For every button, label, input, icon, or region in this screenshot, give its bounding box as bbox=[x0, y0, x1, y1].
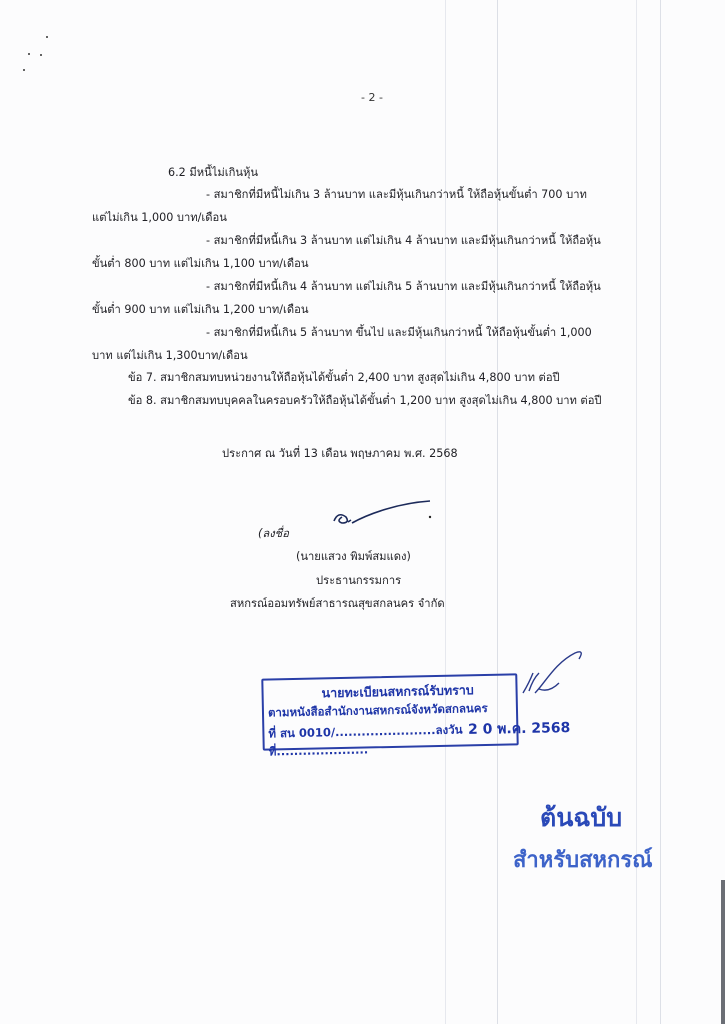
for-cooperative-mark: สำหรับสหกรณ์ bbox=[513, 842, 653, 877]
rule-item-1-cont: แต่ไม่เกิน 1,000 บาท/เดือน bbox=[92, 208, 227, 226]
signatory-position: ประธานกรรมการ bbox=[316, 571, 401, 589]
announcement-date: ประกาศ ณ วันที่ 13 เดือน พฤษภาคม พ.ศ. 25… bbox=[222, 444, 458, 462]
rule-item-4: - สมาชิกที่มีหนี้เกิน 5 ล้านบาท ขึ้นไป แ… bbox=[206, 323, 592, 341]
registrar-signature bbox=[515, 643, 590, 703]
scan-edge-shadow bbox=[721, 880, 725, 1024]
rule-item-4-cont: บาท แต่ไม่เกิน 1,300บาท/เดือน bbox=[92, 346, 248, 364]
scan-fold-line bbox=[445, 0, 446, 1024]
page-number: - 2 - bbox=[361, 91, 383, 104]
signatory-name: (นายแสวง พิมพ์สมแดง) bbox=[296, 547, 411, 565]
scan-speck bbox=[28, 53, 30, 55]
original-copy-mark: ต้นฉบับ bbox=[540, 798, 622, 838]
rule-item-2-cont: ขั้นต่ำ 800 บาท แต่ไม่เกิน 1,100 บาท/เดื… bbox=[92, 254, 308, 272]
stamp-date: 2 0 พ.ค. 2568 bbox=[468, 717, 571, 741]
scan-fold-line bbox=[660, 0, 661, 1024]
scan-fold-line bbox=[497, 0, 498, 1024]
rule-item-1: - สมาชิกที่มีหนี้ไม่เกิน 3 ล้านบาท และมี… bbox=[206, 185, 587, 203]
scan-speck bbox=[46, 36, 48, 38]
clause-8: ข้อ 8. สมาชิกสมทบบุคคลในครอบครัวให้ถือหุ… bbox=[128, 391, 602, 409]
rule-item-3-cont: ขั้นต่ำ 900 บาท แต่ไม่เกิน 1,200 บาท/เดื… bbox=[92, 300, 308, 318]
section-heading: 6.2 มีหนี้ไม่เกินหุ้น bbox=[168, 163, 258, 181]
organization-name: สหกรณ์ออมทรัพย์สาธารณสุขสกลนคร จำกัด bbox=[230, 594, 445, 612]
rule-item-3: - สมาชิกที่มีหนี้เกิน 4 ล้านบาท แต่ไม่เก… bbox=[206, 277, 601, 295]
rule-item-2: - สมาชิกที่มีหนี้เกิน 3 ล้านบาท แต่ไม่เก… bbox=[206, 231, 601, 249]
scan-speck bbox=[40, 54, 42, 56]
handwritten-signature bbox=[330, 495, 440, 535]
signature-label: (ลงชื่อ bbox=[258, 524, 289, 542]
stamp-line-2: ตามหนังสือสำนักงานสหกรณ์จังหวัดสกลนคร bbox=[268, 700, 488, 723]
clause-7: ข้อ 7. สมาชิกสมทบหน่วยงานให้ถือหุ้นได้ขั… bbox=[128, 368, 560, 386]
scan-speck bbox=[23, 69, 25, 71]
